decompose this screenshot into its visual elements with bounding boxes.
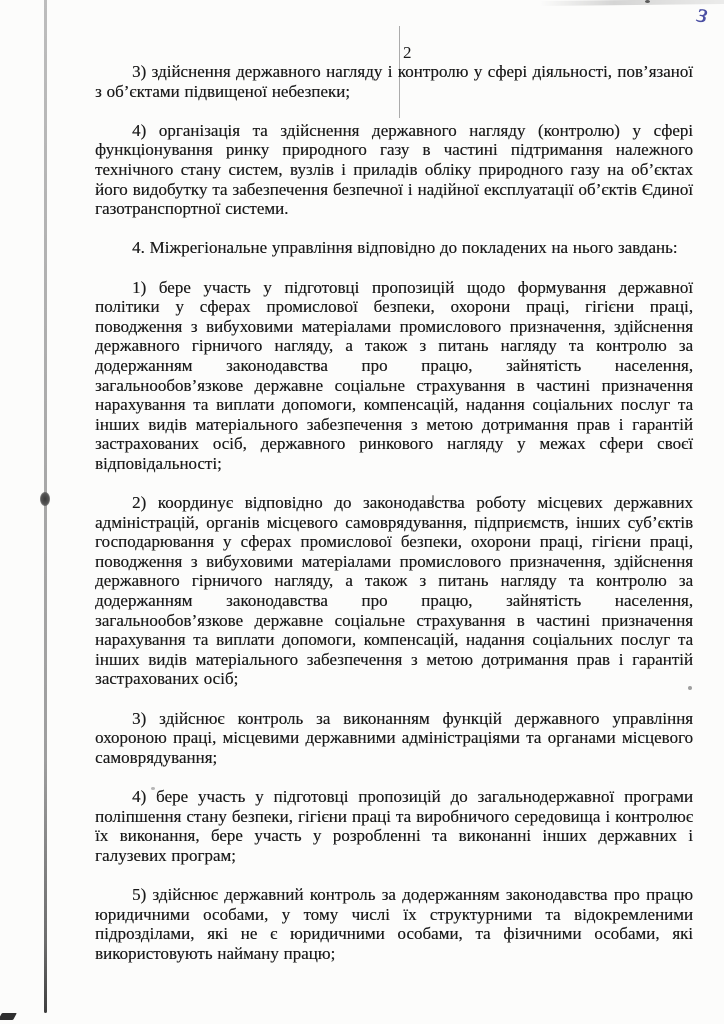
page-number: 2 bbox=[403, 43, 412, 63]
bottom-left-scan-mark bbox=[0, 1013, 17, 1020]
scanned-document-page: 2 з 3) здійснення державного нагляду і к… bbox=[0, 0, 724, 1024]
paragraph-clause-4: 4) організація та здійснення державного … bbox=[95, 121, 693, 219]
scan-edge-blot bbox=[40, 492, 50, 506]
document-body: 3) здійснення державного нагляду і контр… bbox=[95, 62, 693, 983]
paragraph-task-2: 2) координує відповідно до законодавства… bbox=[95, 493, 693, 689]
top-edge-smudge bbox=[540, 0, 724, 6]
paragraph-clause-3: 3) здійснення державного нагляду і контр… bbox=[95, 62, 693, 101]
scan-left-edge-shadow bbox=[44, 0, 47, 1013]
paragraph-task-5: 5) здійснює державний контроль за додерж… bbox=[95, 885, 693, 963]
paragraph-task-3: 3) здійснює контроль за виконанням функц… bbox=[95, 709, 693, 768]
paragraph-section-4-intro: 4. Міжрегіональне управління відповідно … bbox=[95, 238, 693, 258]
paragraph-task-4: 4) бере участь у підготовці пропозицій д… bbox=[95, 787, 693, 865]
handwritten-page-mark: з bbox=[695, 0, 709, 28]
scan-noise-speck bbox=[645, 0, 650, 3]
paragraph-task-1: 1) бере участь у підготовці пропозицій щ… bbox=[95, 278, 693, 474]
